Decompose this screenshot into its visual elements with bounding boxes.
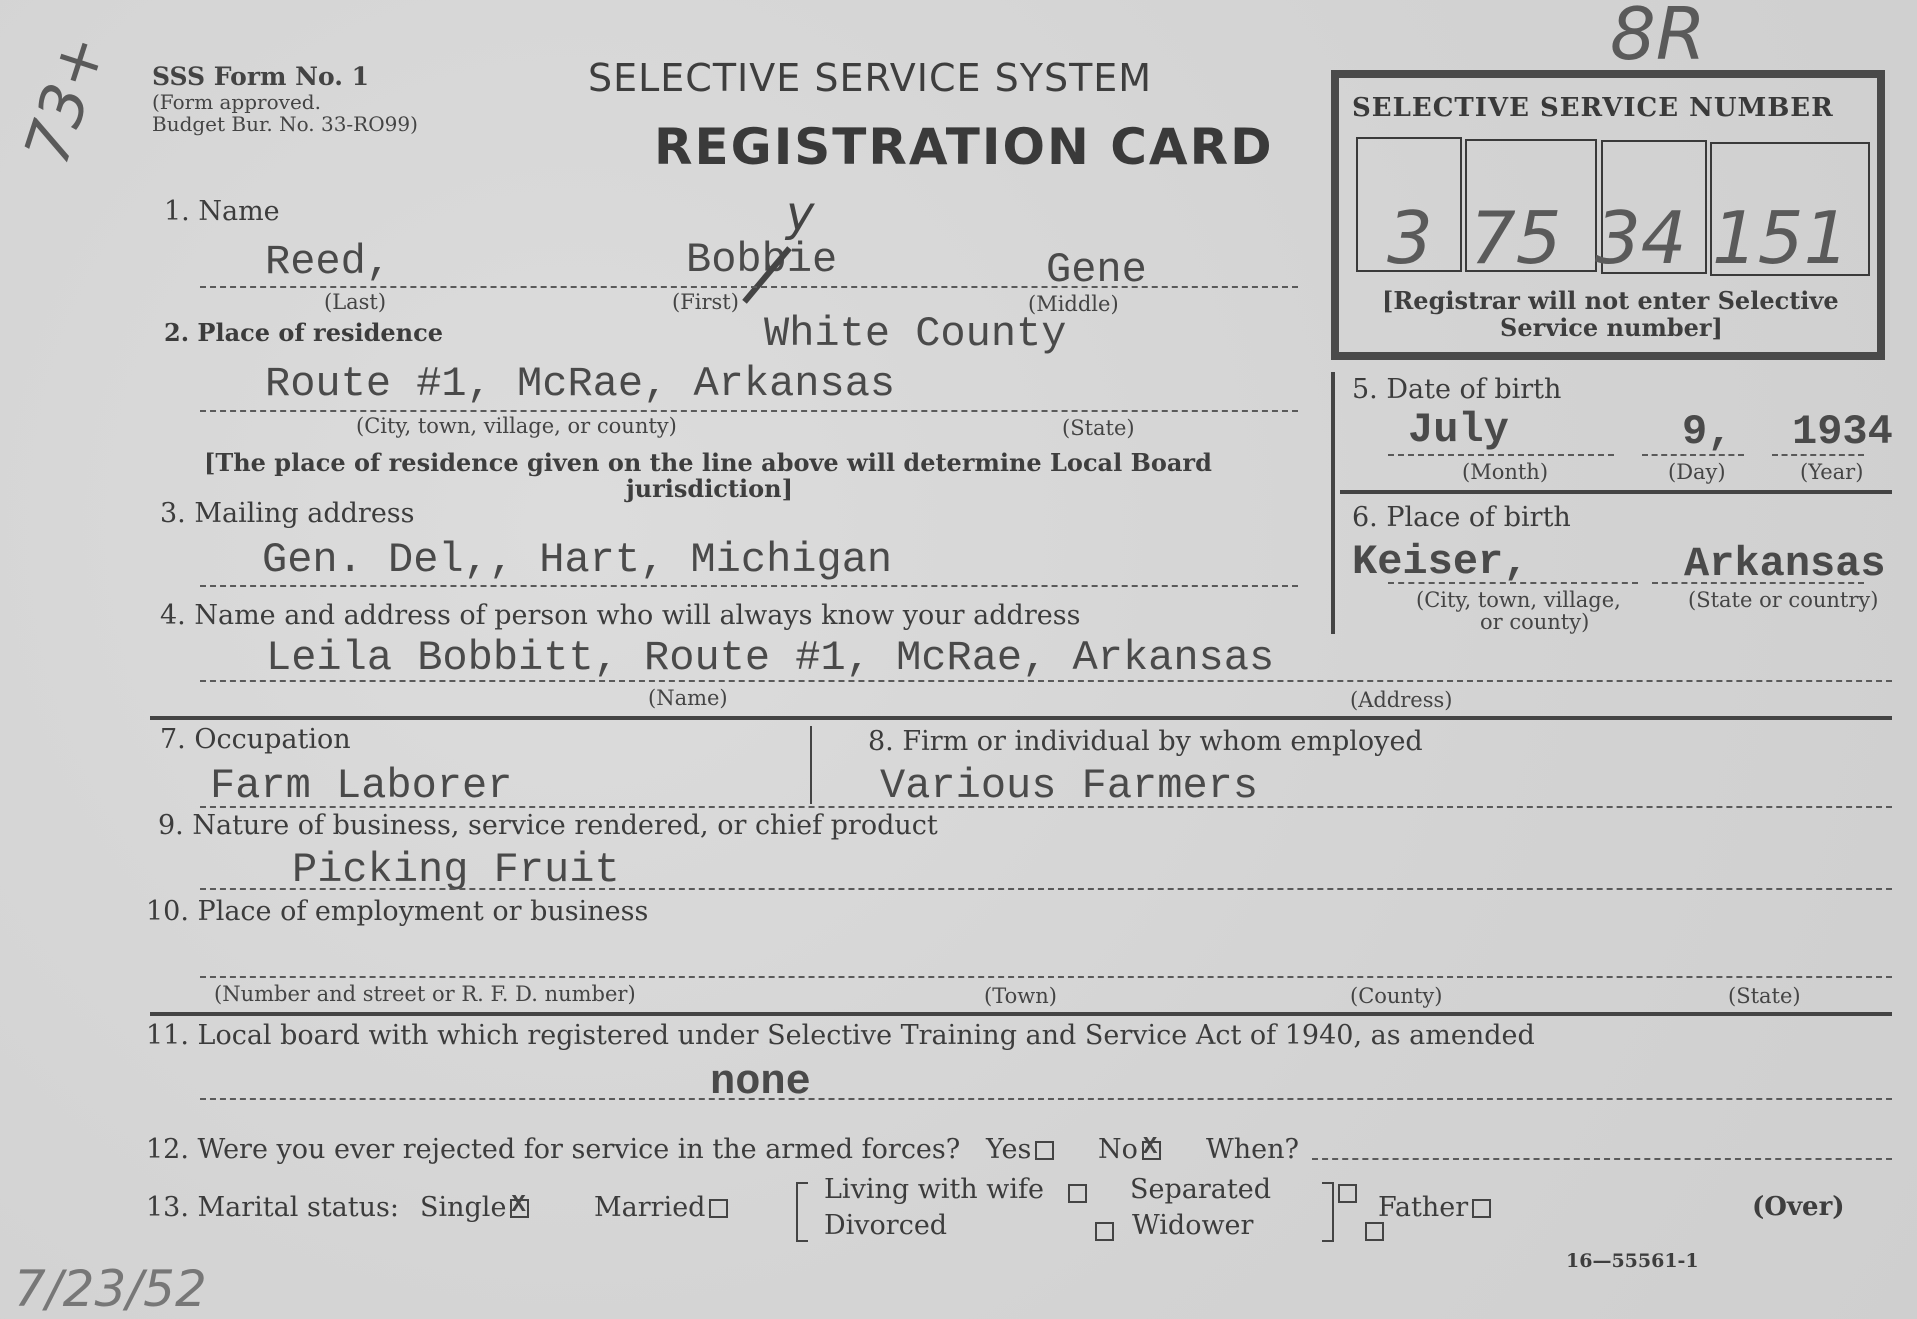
occupation-label: 7. Occupation	[160, 724, 351, 755]
agency-title: SELECTIVE SERVICE SYSTEM	[588, 56, 1152, 100]
marital-married-option[interactable]: Married	[594, 1192, 728, 1223]
local-board-label: 11. Local board with which registered un…	[146, 1020, 1535, 1051]
employer-label: 8. Firm or individual by whom employed	[868, 726, 1423, 757]
rejected-yes-label: Yes	[986, 1134, 1031, 1165]
section-divider-11	[150, 1012, 1892, 1016]
marital-married-checkbox[interactable]	[709, 1199, 728, 1218]
marital-father-option[interactable]: Father	[1378, 1192, 1491, 1223]
pob-state-line	[1652, 582, 1864, 584]
pob-city-caption-line-2: or county)	[1480, 610, 1589, 634]
marital-single-label: Single	[420, 1192, 506, 1223]
handwritten-annotation-top-right: 8R	[1610, 0, 1706, 76]
dob-day-value[interactable]: 9,	[1682, 408, 1732, 456]
ssn-digit-4: 151	[1712, 196, 1849, 280]
pob-state-value[interactable]: Arkansas	[1684, 540, 1886, 588]
residence-city-caption: (City, town, village, or county)	[356, 414, 677, 438]
ssn-digit-3: 34	[1595, 196, 1687, 280]
dob-pob-divider	[1340, 490, 1892, 494]
residence-label: 2. Place of residence	[164, 318, 443, 347]
marital-widower-checkbox[interactable]	[1365, 1222, 1384, 1241]
ssn-box-note-line-1: [Registrar will not enter Selective	[1382, 286, 1839, 315]
mailing-line	[200, 585, 1298, 587]
ssn-digit-2: 75	[1470, 196, 1562, 280]
name-last-value[interactable]: Reed,	[265, 238, 391, 286]
employment-street-caption: (Number and street or R. F. D. number)	[214, 982, 636, 1006]
occupation-value[interactable]: Farm Laborer	[210, 762, 512, 810]
employment-place-value[interactable]	[220, 930, 1820, 974]
ssn-digit-1: 3	[1387, 196, 1433, 280]
form-number: SSS Form No. 1	[152, 62, 369, 91]
marital-single-checkbox[interactable]	[510, 1199, 529, 1218]
residence-value[interactable]: Route #1, McRae, Arkansas	[265, 360, 895, 408]
employment-county-caption: (County)	[1350, 984, 1442, 1008]
rejected-when-line[interactable]	[1312, 1158, 1892, 1160]
employment-place-line	[200, 976, 1892, 978]
business-value[interactable]: Picking Fruit	[292, 846, 620, 894]
residence-note-line-2: jurisdiction]	[626, 474, 793, 503]
rejected-label: 12. Were you ever rejected for service i…	[146, 1134, 960, 1165]
pob-city-caption-line-1: (City, town, village,	[1416, 588, 1621, 612]
handwritten-annotation-top-left: 73+	[10, 26, 120, 173]
dob-year-caption: (Year)	[1800, 460, 1863, 484]
dob-year-line	[1772, 454, 1864, 456]
rejected-no-option[interactable]: No	[1098, 1134, 1161, 1165]
dob-label: 5. Date of birth	[1352, 374, 1561, 405]
occupation-employer-divider	[810, 726, 812, 804]
pob-city-line	[1388, 582, 1638, 584]
page-title: REGISTRATION CARD	[654, 118, 1274, 176]
residence-note-line-1: [The place of residence given on the lin…	[204, 448, 1212, 477]
pob-city-value[interactable]: Keiser,	[1352, 538, 1528, 586]
employment-state-caption: (State)	[1728, 984, 1801, 1008]
ssn-box-title: SELECTIVE SERVICE NUMBER	[1352, 93, 1834, 123]
dob-month-value[interactable]: July	[1408, 406, 1509, 454]
dob-year-value[interactable]: 1934	[1792, 408, 1893, 456]
dob-day-line	[1642, 454, 1744, 456]
residence-county-value[interactable]: White County	[764, 310, 1066, 358]
ssn-box-note-line-2: Service number]	[1500, 313, 1723, 342]
handwritten-date-bottom-left: 7/23/52	[14, 1260, 207, 1318]
print-code: 16—55561-1	[1566, 1250, 1699, 1272]
section-divider-7	[150, 716, 1892, 720]
occupation-employer-line	[200, 806, 1892, 808]
marital-single-option[interactable]: Single	[420, 1192, 529, 1223]
rejected-no-checkbox[interactable]	[1142, 1141, 1161, 1160]
name-label: 1. Name	[164, 196, 280, 227]
dob-month-line	[1388, 454, 1614, 456]
form-approval-line-1: (Form approved.	[152, 90, 321, 114]
marital-father-checkbox[interactable]	[1472, 1199, 1491, 1218]
marital-widower-label: Widower	[1132, 1210, 1253, 1241]
contact-value[interactable]: Leila Bobbitt, Route #1, McRae, Arkansas	[266, 634, 1274, 682]
business-line	[200, 888, 1892, 890]
mailing-value[interactable]: Gen. Del,, Hart, Michigan	[262, 536, 892, 584]
employment-town-caption: (Town)	[984, 984, 1057, 1008]
contact-label: 4. Name and address of person who will a…	[160, 600, 1080, 631]
mailing-label: 3. Mailing address	[160, 498, 415, 529]
form-approval-line-2: Budget Bur. No. 33-RO99)	[152, 112, 418, 136]
over-indicator: (Over)	[1752, 1192, 1845, 1222]
marital-close-bracket	[1322, 1182, 1334, 1242]
rejected-when-label: When?	[1206, 1134, 1299, 1165]
marital-living-with-wife-label: Living with wife	[824, 1174, 1044, 1205]
employer-value[interactable]: Various Farmers	[880, 762, 1258, 810]
name-first-caption: (First)	[672, 290, 739, 314]
marital-father-label: Father	[1378, 1192, 1468, 1223]
marital-divorced-checkbox[interactable]	[1095, 1222, 1114, 1241]
rejected-no-label: No	[1098, 1134, 1138, 1165]
name-last-caption: (Last)	[324, 290, 386, 314]
marital-separated-checkbox[interactable]	[1338, 1184, 1357, 1203]
employment-place-label: 10. Place of employment or business	[146, 896, 648, 927]
marital-married-label: Married	[594, 1192, 705, 1223]
dob-day-caption: (Day)	[1668, 460, 1726, 484]
business-label: 9. Nature of business, service rendered,…	[158, 810, 938, 841]
rejected-yes-checkbox[interactable]	[1035, 1141, 1054, 1160]
marital-open-bracket	[796, 1182, 808, 1242]
name-line	[200, 286, 1298, 288]
contact-line	[200, 680, 1892, 682]
residence-line	[200, 410, 1298, 412]
right-column-divider	[1331, 372, 1335, 634]
contact-address-caption: (Address)	[1350, 688, 1452, 712]
pob-state-caption: (State or country)	[1688, 588, 1878, 612]
pob-label: 6. Place of birth	[1352, 502, 1571, 533]
local-board-line	[200, 1098, 1892, 1100]
marital-living-with-wife-checkbox[interactable]	[1068, 1184, 1087, 1203]
rejected-yes-option[interactable]: Yes	[986, 1134, 1054, 1165]
residence-state-caption: (State)	[1062, 416, 1135, 440]
contact-name-caption: (Name)	[648, 686, 728, 710]
marital-divorced-label: Divorced	[824, 1210, 947, 1241]
marital-separated-label: Separated	[1130, 1174, 1271, 1205]
marital-label: 13. Marital status:	[146, 1192, 399, 1223]
name-first-correction: y	[786, 186, 814, 242]
dob-month-caption: (Month)	[1462, 460, 1548, 484]
